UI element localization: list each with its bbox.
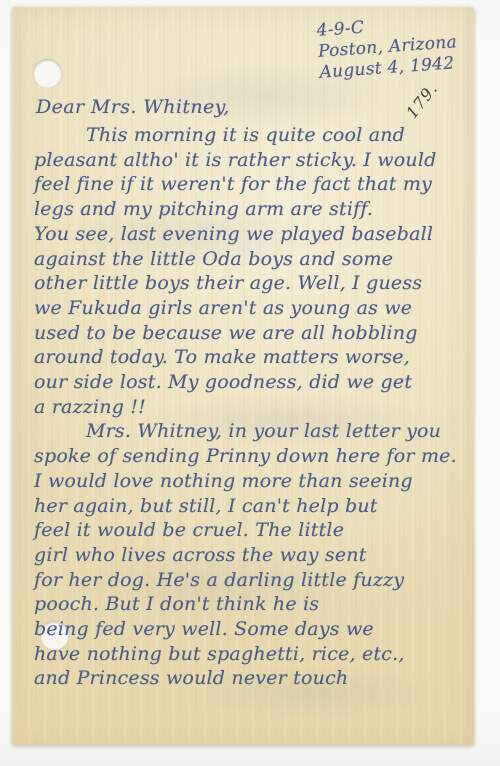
letter-line: I would love nothing more than seeing: [34, 469, 466, 494]
letter-line: This morning it is quite cool and: [34, 123, 466, 148]
letter-line: You see, last evening we played baseball: [34, 222, 466, 247]
hole-punch-top: [33, 59, 62, 88]
letter-line: Mrs. Whitney, in your last letter you: [34, 419, 466, 444]
letter-line: spoke of sending Prinny down here for me…: [34, 444, 466, 469]
letter-body: This morning it is quite cool andpleasan…: [34, 123, 466, 691]
letter-line: feel it would be cruel. The little: [34, 518, 466, 543]
letter-line: girl who lives across the way sent: [34, 543, 466, 568]
letter-line: pooch. But I don't think he is: [34, 592, 466, 617]
letter-line: against the little Oda boys and some: [34, 247, 466, 272]
letter-header: 4-9-C Poston, Arizona August 4, 1942: [316, 11, 459, 84]
letter-line: our side lost. My goodness, did we get: [34, 370, 466, 395]
letter-line: we Fukuda girls aren't as young as we: [34, 296, 466, 321]
letter-line: other little boys their age. Well, I gue…: [34, 271, 466, 296]
letter-line: legs and my pitching arm are stiff.: [34, 197, 466, 222]
letter-line: have nothing but spaghetti, rice, etc.,: [34, 642, 466, 667]
letter-line: her again, but still, I can't help but: [34, 494, 466, 519]
letter-scan: { "letter": { "header": { "unit": "4-9-C…: [0, 0, 500, 766]
salutation: Dear Mrs. Whitney,: [36, 96, 230, 118]
letter-line: around today. To make matters worse,: [34, 345, 466, 370]
letter-line: for her dog. He's a darling little fuzzy: [34, 568, 466, 593]
letter-line: used to be because we are all hobbling: [34, 321, 466, 346]
letter-line: and Princess would never touch: [34, 666, 466, 691]
letter-line: feel fine if it weren't for the fact tha…: [34, 172, 466, 197]
letter-line: pleasant altho' it is rather sticky. I w…: [34, 148, 466, 173]
letter-line: a razzing !!: [34, 395, 466, 420]
letter-page: 4-9-C Poston, Arizona August 4, 1942 179…: [12, 7, 474, 745]
page-number: 179.: [402, 79, 441, 122]
letter-line: being fed very well. Some days we: [34, 617, 466, 642]
